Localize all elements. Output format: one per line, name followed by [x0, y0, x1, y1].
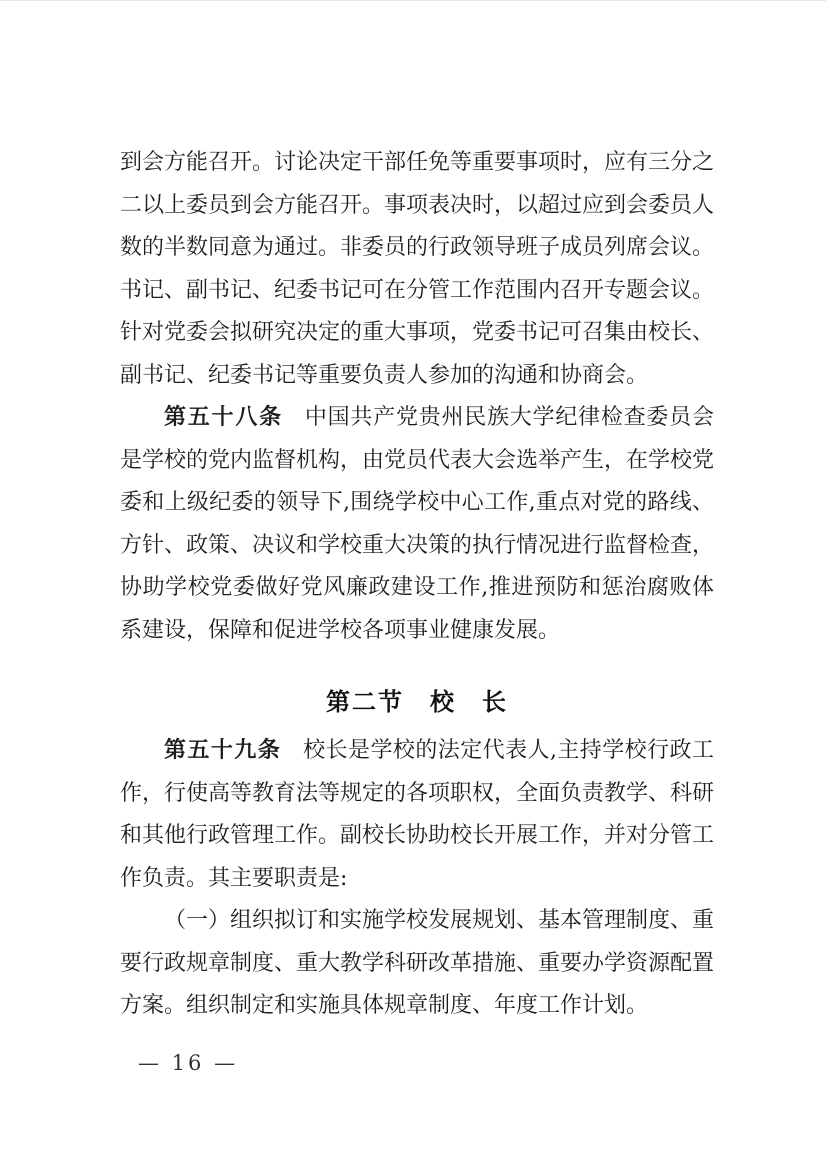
page-body: 到会方能召开。讨论决定干部任免等重要事项时，应有三分之二以上委员到会方能召开。事…: [120, 142, 714, 1028]
page-number: — 16 —: [138, 1051, 238, 1075]
paragraph-article-58: 第五十八条中国共产党贵州民族大学纪律检查委员会是学校的党内监督机构，由党员代表大…: [120, 397, 714, 652]
document-page: 到会方能召开。讨论决定干部任免等重要事项时，应有三分之二以上委员到会方能召开。事…: [0, 0, 826, 1170]
article-58-term: 第五十八条: [164, 405, 283, 430]
paragraph-continuation: 到会方能召开。讨论决定干部任免等重要事项时，应有三分之二以上委员到会方能召开。事…: [120, 142, 714, 397]
article-59-term: 第五十九条: [164, 738, 281, 763]
article-58-text: 中国共产党贵州民族大学纪律检查委员会是学校的党内监督机构，由党员代表大会选举产生…: [120, 405, 714, 643]
paragraph-article-59: 第五十九条校长是学校的法定代表人,主持学校行政工作，行使高等教育法等规定的各项职…: [120, 730, 714, 900]
paragraph-item-1: （一）组织拟订和实施学校发展规划、基本管理制度、重要行政规章制度、重大教学科研改…: [120, 900, 714, 1028]
section-heading: 第二节 校 长: [120, 680, 714, 724]
